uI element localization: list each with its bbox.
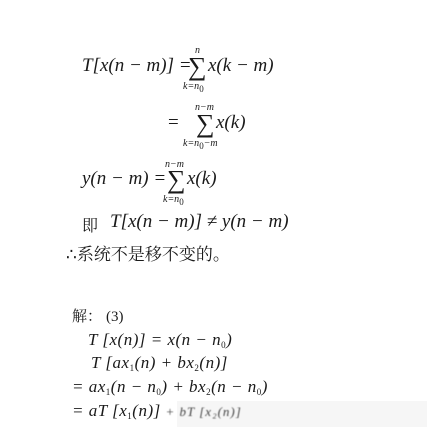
line-2-text-c: (n)] xyxy=(199,353,227,372)
sum-lower-tail: −m xyxy=(204,138,218,149)
equation-1-term: x(k − m) xyxy=(208,55,274,77)
equation-3-lhs: y(n − m) = xyxy=(82,168,166,190)
line-1-text: T [x(n)] = x(n − n xyxy=(88,330,221,349)
equation-2-sigma-icon: ∑ xyxy=(196,111,215,137)
solution-label: 解： xyxy=(72,307,102,325)
equation-2-term: x(k) xyxy=(216,112,246,134)
sum-lower-subscript: 0 xyxy=(199,84,204,94)
solution-line-2: T [ax1(n) + bx2(n)] xyxy=(91,353,228,373)
line-3-text-a: = ax xyxy=(72,377,106,396)
equation-2-sum-lower: k=n0−m xyxy=(183,139,218,151)
line-2-text-b: (n) + bx xyxy=(135,353,195,372)
solution-part-number: (3) xyxy=(106,309,124,325)
solution-line-1: T [x(n)] = x(n − n0) xyxy=(88,330,232,350)
equation-4-prefix: 即 xyxy=(82,213,98,236)
equation-3-sum-lower: k=n0 xyxy=(163,195,184,207)
conclusion-text: ∴系统不是移不变的。 xyxy=(66,240,230,265)
line-4-obscured-text: + bT [x₂(n)] xyxy=(165,404,241,419)
equation-3-term: x(k) xyxy=(187,168,217,190)
line-3-text-c: ) + bx xyxy=(161,377,206,396)
equation-1-lhs: T[x(n − m)] = xyxy=(82,55,192,77)
solution-line-3: = ax1(n − n0) + bx2(n − n0) xyxy=(72,377,268,397)
line-3-text-b: (n − n xyxy=(111,377,157,396)
sum-lower-index: k=n xyxy=(163,194,179,205)
solution-line-4: = aT [x1(n)] + bT [x₂(n)] xyxy=(72,401,242,421)
line-4-text-b: (n)] xyxy=(132,401,160,420)
line-3-text-d: (n − n xyxy=(211,377,257,396)
sum-lower-index: k=n xyxy=(183,138,199,149)
equation-4-expr: T[x(n − m)] ≠ y(n − m) xyxy=(110,211,289,233)
line-3-text-e: ) xyxy=(262,377,268,396)
line-1-close: ) xyxy=(226,330,232,349)
equation-1-sigma-icon: ∑ xyxy=(188,54,207,80)
solution-heading: 解：(3) xyxy=(72,305,124,326)
sum-lower-subscript: 0 xyxy=(179,197,184,207)
equation-3-sigma-icon: ∑ xyxy=(167,167,186,193)
line-4-text-a: = aT [x xyxy=(72,401,127,420)
line-2-text-a: T [ax xyxy=(91,353,130,372)
equation-1-sum-lower: k=n0 xyxy=(183,82,204,94)
sum-lower-index: k=n xyxy=(183,81,199,92)
equation-2-equals: = xyxy=(168,112,179,134)
